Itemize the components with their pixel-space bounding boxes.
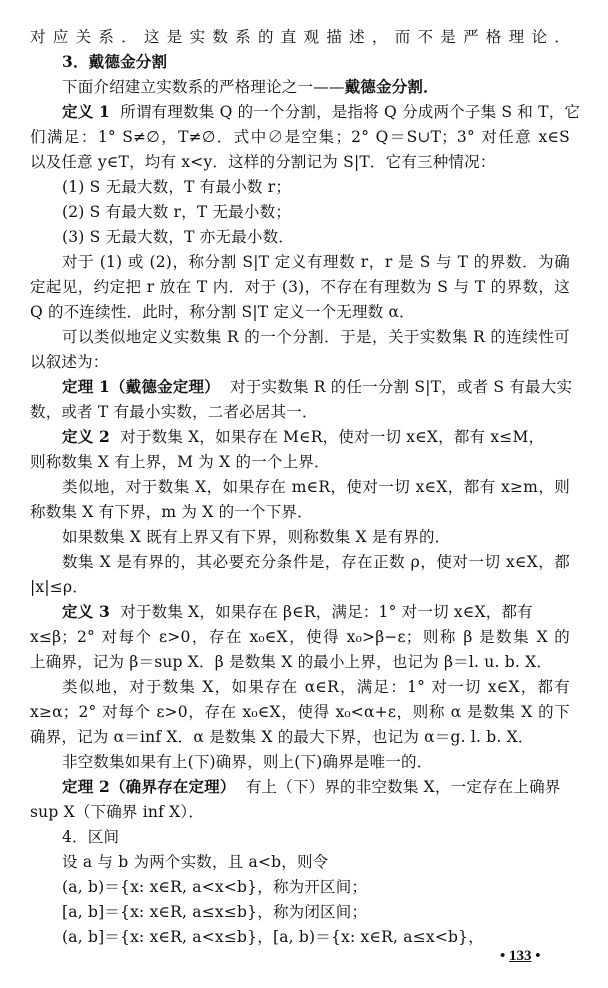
text-line: |x|≤ρ． bbox=[30, 577, 570, 597]
text-line: 定起见，约定把 r 放在 T 内．对于 (3)，不存在有理数为 S 与 T 的界… bbox=[30, 277, 570, 297]
case-item-1: (1) S 无最大数，T 有最小数 r； bbox=[62, 177, 570, 197]
page-number: • 133 • bbox=[500, 948, 541, 965]
text-line: 数集 X 是有界的，其必要充分条件是，存在正数 ρ，使对一切 x∈X，都有 bbox=[62, 552, 570, 572]
text-line: 则称数集 X 有上界，M 为 X 的一个上界． bbox=[30, 452, 570, 472]
intro-line: 下面介绍建立实数系的严格理论之一——戴德金分割． bbox=[62, 77, 570, 97]
open-interval-def: (a, b)＝{x: x∈R, a<x<b}，称为开区间； bbox=[62, 877, 570, 897]
intro-text: 下面介绍建立实数系的严格理论之一—— bbox=[62, 78, 345, 96]
half-open-interval-def: (a, b]＝{x: x∈R, a<x≤b}，[a, b)＝{x: x∈R, a… bbox=[62, 927, 570, 947]
page-number-value: 133 bbox=[509, 948, 532, 964]
text-line: x≥α；2° 对每个 ε>0，存在 x₀∈X，使得 x₀<α+ε，则称 α 是数… bbox=[30, 702, 570, 722]
definition-1-line: 定义 1 所谓有理数集 Q 的一个分割，是指将 Q 分成两个子集 S 和 T，它 bbox=[62, 102, 570, 122]
theorem-label: 定理 2（确界存在定理） bbox=[62, 777, 236, 796]
text-line: 类似地，对于数集 X，如果存在 m∈R，使对一切 x∈X，都有 x≥m，则 bbox=[62, 477, 570, 497]
closed-interval-def: [a, b]＝{x: x∈R, a≤x≤b}，称为闭区间； bbox=[62, 902, 570, 922]
text-line: 上确界，记为 β＝sup X．β 是数集 X 的最小上界，也记为 β＝l. u.… bbox=[30, 652, 570, 672]
definition-text: 对于数集 X，如果存在 β∈R，满足：1° 对一切 x∈X，都有 bbox=[120, 603, 533, 621]
case-item-3: (3) S 无最大数，T 亦无最小数． bbox=[62, 227, 570, 247]
text-line: 数，或者 T 有最小实数，二者必居其一． bbox=[30, 402, 570, 422]
text-line: 设 a 与 b 为两个实数，且 a<b，则令 bbox=[62, 852, 570, 872]
text-line: 以叙述为： bbox=[30, 352, 570, 372]
case-item-2: (2) S 有最大数 r，T 无最小数； bbox=[62, 202, 570, 222]
definition-text: 对于数集 X，如果存在 M∈R，使对一切 x∈X，都有 x≤M， bbox=[120, 428, 544, 446]
definition-label: 定义 3 bbox=[62, 602, 110, 621]
intro-term: 戴德金分割． bbox=[345, 77, 439, 96]
textbook-page: 对应关系．这是实数系的直观描述，而不是严格理论． 3．戴德金分割 下面介绍建立实… bbox=[0, 0, 608, 988]
section-heading-intervals: 4．区间 bbox=[62, 827, 570, 847]
text-line: 非空数集如果有上(下)确界，则上(下)确界是唯一的． bbox=[62, 752, 570, 772]
theorem-text: 对于实数集 R 的任一分割 S|T，或者 S 有最大实 bbox=[230, 378, 572, 396]
text-line: 们满足：1° S≠∅，T≠∅．式中∅是空集；2° Q＝S∪T；3° 对任意 x∈… bbox=[30, 127, 570, 147]
theorem-text: 有上（下）界的非空数集 X，一定存在上确界 bbox=[246, 778, 561, 796]
text-line: 对应关系．这是实数系的直观描述，而不是严格理论． bbox=[30, 27, 570, 47]
definition-label: 定义 1 bbox=[62, 102, 110, 121]
text-line: x≤β；2° 对每个 ε>0，存在 x₀∈X，使得 x₀>β−ε；则称 β 是数… bbox=[30, 627, 570, 647]
text-line: 类似地，对于数集 X，如果存在 α∈R，满足：1° 对一切 x∈X，都有 bbox=[62, 677, 570, 697]
definition-2-line: 定义 2 对于数集 X，如果存在 M∈R，使对一切 x∈X，都有 x≤M， bbox=[62, 427, 570, 447]
section-heading-dedekind-cut: 3．戴德金分割 bbox=[62, 52, 570, 72]
text-line: 对于 (1) 或 (2)，称分割 S|T 定义有理数 r，r 是 S 与 T 的… bbox=[62, 252, 570, 272]
heading-text: 3．戴德金分割 bbox=[62, 52, 167, 71]
text-line: 可以类似地定义实数集 R 的一个分割．于是，关于实数集 R 的连续性可 bbox=[62, 327, 570, 347]
theorem-2-line: 定理 2（确界存在定理） 有上（下）界的非空数集 X，一定存在上确界 bbox=[62, 777, 570, 797]
text-line: 确界，记为 α＝inf X．α 是数集 X 的最大下界，也记为 α＝g. l. … bbox=[30, 727, 570, 747]
definition-text: 所谓有理数集 Q 的一个分割，是指将 Q 分成两个子集 S 和 T，它 bbox=[120, 103, 580, 121]
text-line: sup X（下确界 inf X）． bbox=[30, 802, 570, 822]
definition-3-line: 定义 3 对于数集 X，如果存在 β∈R，满足：1° 对一切 x∈X，都有 bbox=[62, 602, 570, 622]
theorem-1-line: 定理 1（戴德金定理） 对于实数集 R 的任一分割 S|T，或者 S 有最大实 bbox=[62, 377, 570, 397]
text-line: 如果数集 X 既有上界又有下界，则称数集 X 是有界的． bbox=[62, 527, 570, 547]
text-line: 称数集 X 有下界，m 为 X 的一个下界． bbox=[30, 502, 570, 522]
text-line: Q 的不连续性．此时，称分割 S|T 定义一个无理数 α． bbox=[30, 302, 570, 322]
theorem-label: 定理 1（戴德金定理） bbox=[62, 377, 220, 396]
definition-label: 定义 2 bbox=[62, 427, 110, 446]
text-line: 以及任意 y∈T，均有 x<y．这样的分割记为 S|T．它有三种情况： bbox=[30, 152, 570, 172]
